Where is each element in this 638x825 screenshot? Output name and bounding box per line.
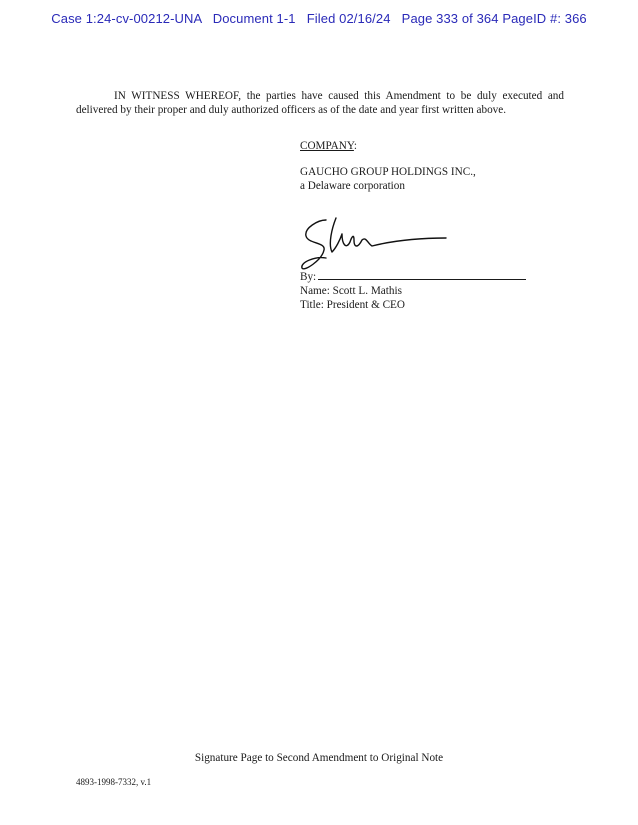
company-info: GAUCHO GROUP HOLDINGS INC., a Delaware c… (300, 165, 560, 193)
filed-date: Filed 02/16/24 (307, 11, 391, 26)
company-name: GAUCHO GROUP HOLDINGS INC., (300, 165, 560, 179)
witness-text: IN WITNESS WHEREOF, the parties have cau… (76, 90, 564, 116)
page-number: Page 333 of 364 (402, 11, 499, 26)
by-line: By: (300, 270, 560, 284)
signatory-title: Title: President & CEO (300, 298, 560, 312)
court-filing-header: Case 1:24-cv-00212-UNA Document 1-1 File… (0, 11, 638, 26)
page-id: PageID #: 366 (502, 11, 586, 26)
document-number: Document 1-1 (213, 11, 296, 26)
party-label-text: COMPANY (300, 140, 354, 152)
party-label: COMPANY: (300, 139, 560, 153)
document-id: 4893-1998-7332, v.1 (76, 775, 151, 789)
case-number: Case 1:24-cv-00212-UNA (51, 11, 201, 26)
signature-line (318, 270, 526, 280)
signatory-name: Name: Scott L. Mathis (300, 284, 560, 298)
witness-paragraph: IN WITNESS WHEREOF, the parties have cau… (76, 89, 564, 117)
company-description: a Delaware corporation (300, 179, 560, 193)
party-label-colon: : (354, 140, 357, 152)
handwritten-signature (296, 214, 456, 274)
by-label: By: (300, 271, 316, 283)
footer-title: Signature Page to Second Amendment to Or… (0, 751, 638, 765)
signatory-block: By: Name: Scott L. Mathis Title: Preside… (300, 270, 560, 312)
